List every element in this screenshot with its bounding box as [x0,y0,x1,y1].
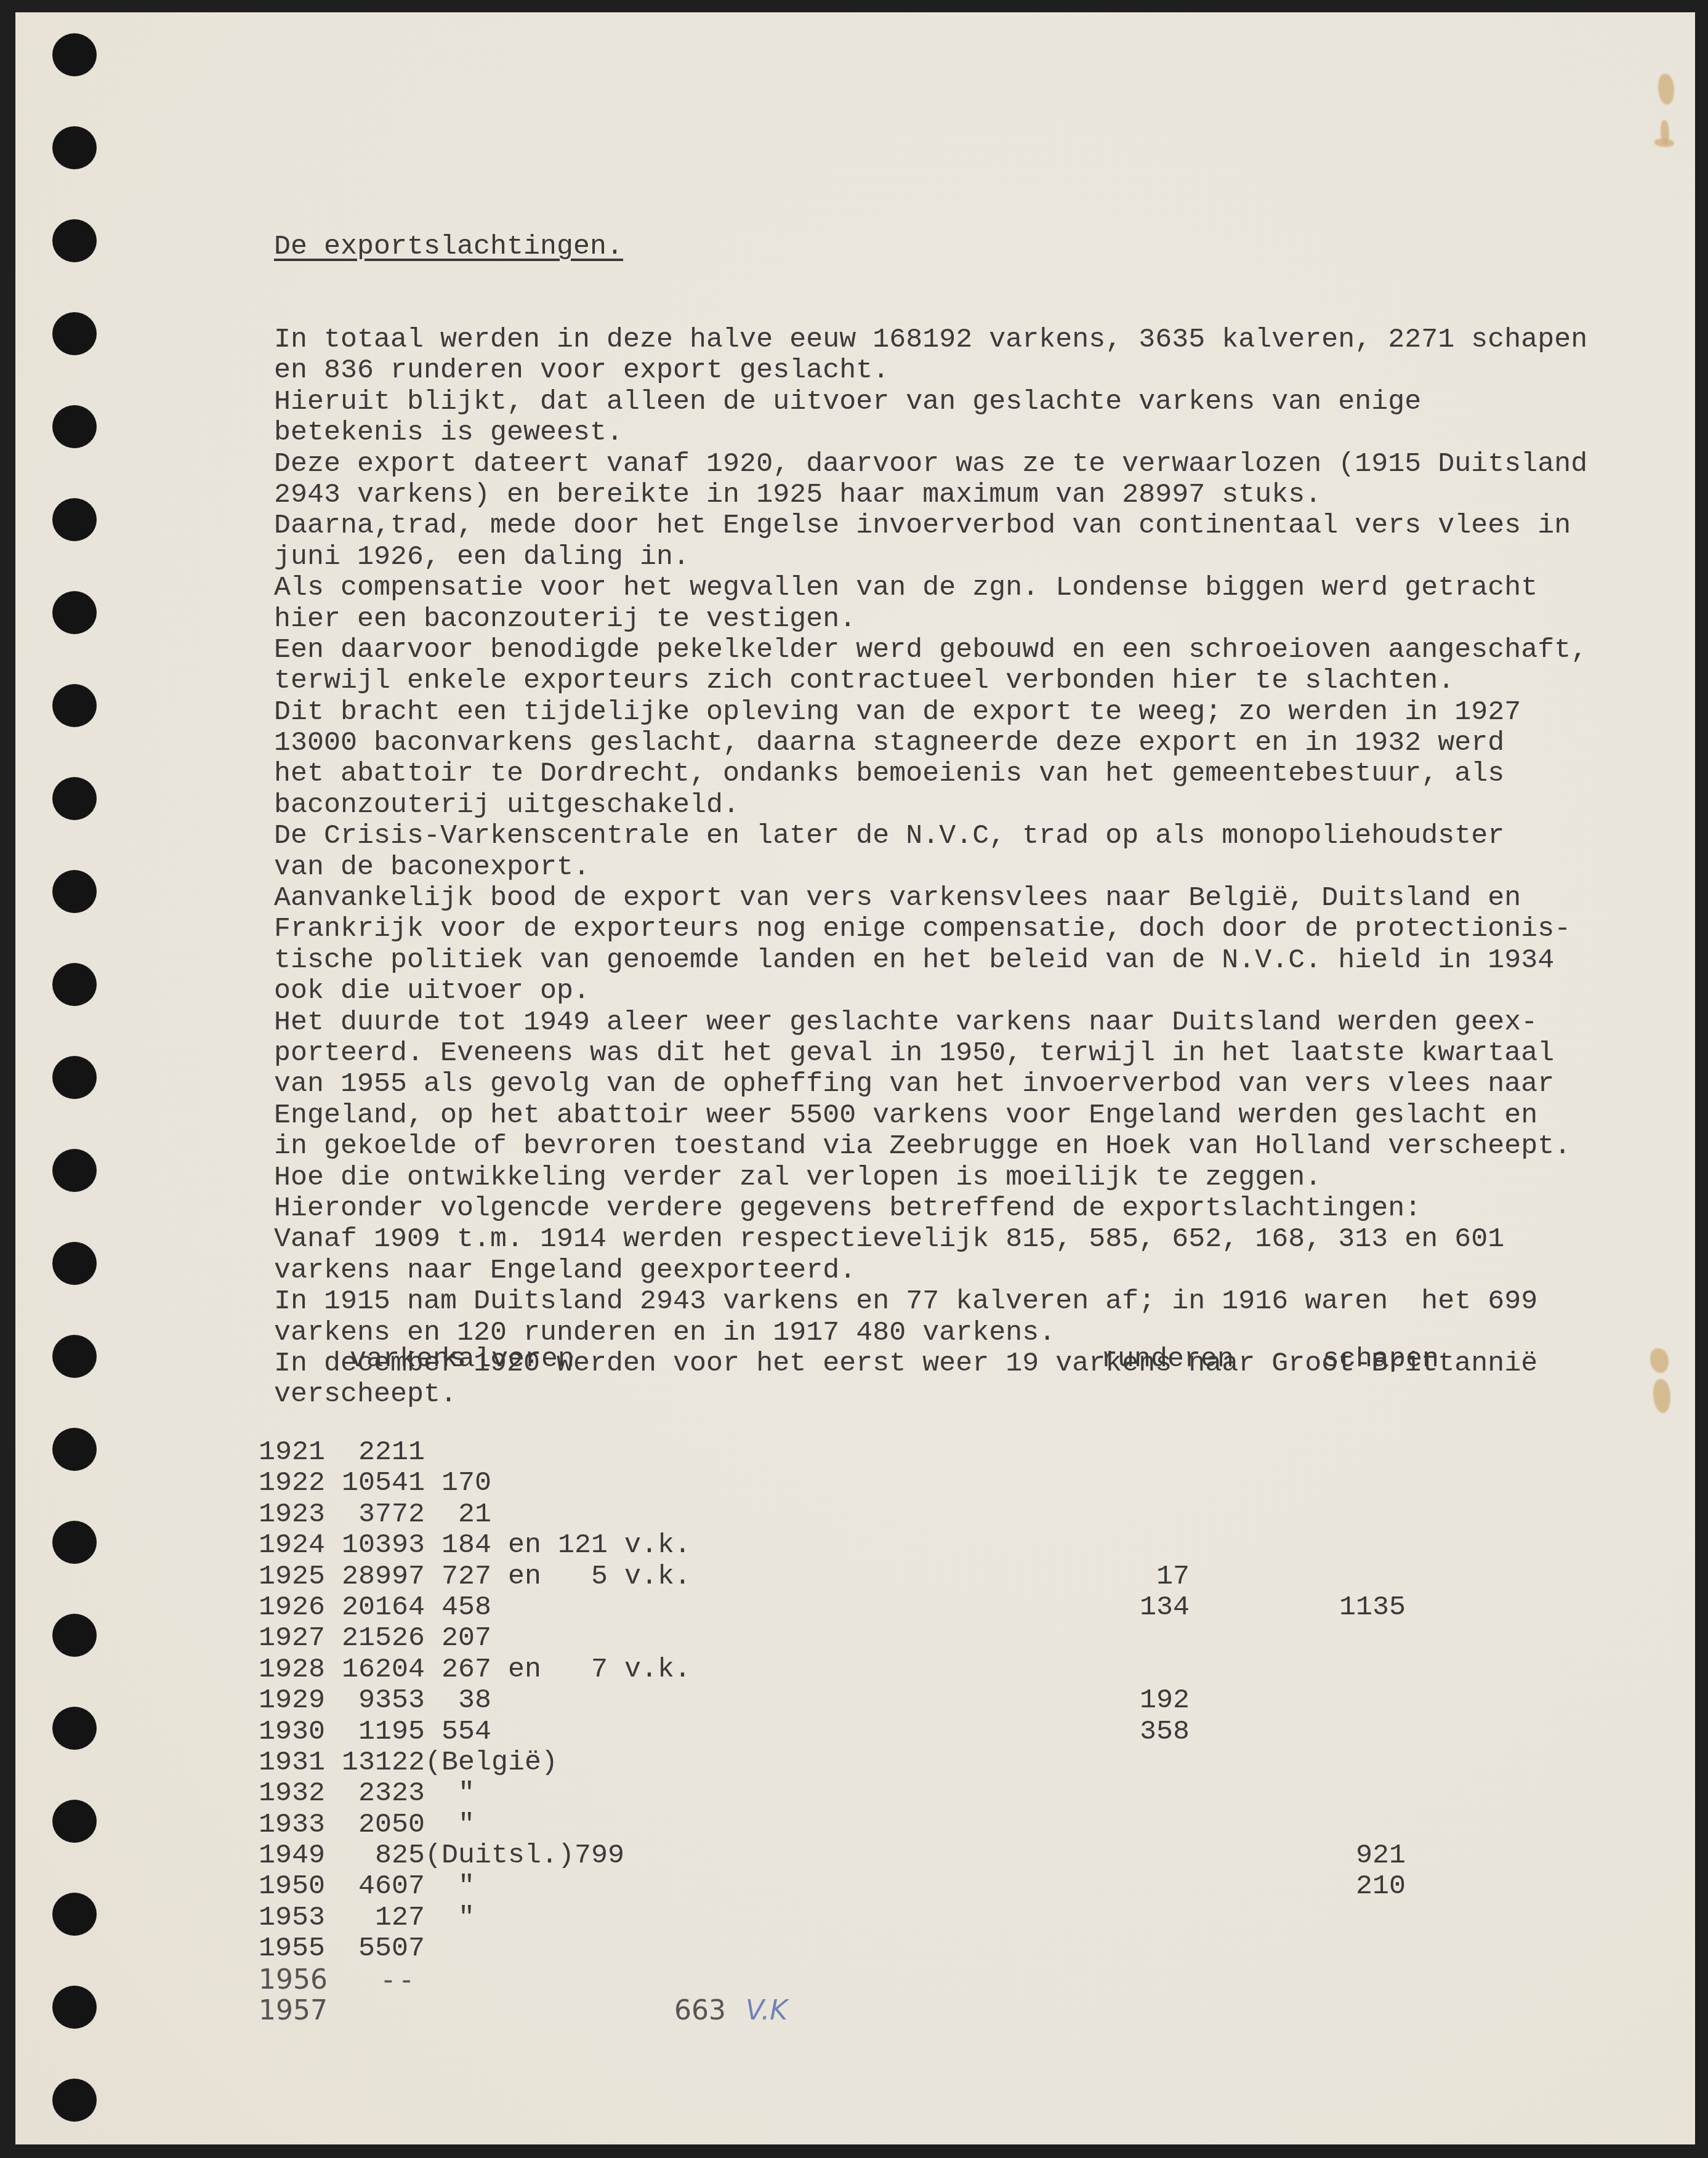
punch-hole [52,2079,97,2122]
punch-hole [52,219,97,262]
body-line: terwijl enkele exporteurs zich contractu… [274,666,1587,696]
cell-year: 1926 [259,1592,325,1623]
cell-kalveren: 207 [441,1623,491,1654]
cell-kalveren-note: V.K [746,1995,788,2026]
cell-kalveren: 799 [574,1840,624,1871]
body-line: Daarna,trad, mede door het Engelse invoe… [274,510,1587,541]
stain-top-right-base [1654,139,1674,147]
cell-kalveren-note: en 5 v.k. [508,1561,691,1592]
punch-hole [52,1056,97,1099]
document-title: De exportslachtingen. [274,232,1587,262]
table-body: 1921221119221054117019233772211924103931… [259,1437,325,2026]
header-schapen: schapen [1323,1344,1439,1375]
cell-year: 1930 [259,1717,325,1747]
cell-varkens: - - [384,1965,412,1995]
cell-kalveren-note: en 7 v.k. [508,1654,691,1685]
body-line: Hoe die ontwikkeling verder zal verlopen… [274,1162,1587,1193]
cell-kalveren: 663 [674,1995,726,2026]
punch-hole [52,126,97,169]
cell-year: 1955 [259,1933,325,1964]
cell-varkens: 2211 [358,1437,425,1468]
table-row: 1953127 " [259,1902,325,1933]
table-row-handwritten: 1956- - [259,1965,325,1995]
cell-kalveren: 727 [441,1561,491,1592]
cell-kalveren: 458 [441,1592,491,1623]
table-row: 19555507 [259,1933,325,1964]
cell-year: 1928 [259,1654,325,1685]
body-line: van de baconexport. [274,852,1587,883]
body-line: Het duurde tot 1949 aleer weer geslachte… [274,1007,1587,1038]
cell-schapen: 1135 [1339,1592,1406,1623]
table-row: 192721526207 [259,1623,325,1654]
cell-varkens: 825 [375,1840,425,1871]
header-kalveren: kalveren [441,1344,574,1375]
cell-varkens: 20164 [342,1592,425,1623]
body-paragraphs: In totaal werden in deze halve eeuw 1681… [274,324,1587,1411]
cell-runderen: 358 [1140,1717,1190,1747]
table-row: 192410393184en 121 v.k. [259,1530,325,1561]
body-line: baconzouterij uitgeschakeld. [274,790,1587,821]
header-runderen: runderen [1101,1344,1234,1375]
body-line: in gekoelde of bevroren toestand via Zee… [274,1131,1587,1162]
cell-varkens: 127 [375,1902,425,1933]
body-line: Als compensatie voor het wegvallen van d… [274,573,1587,603]
table-row: 1929935338192 [259,1685,325,1716]
body-line: Aanvankelijk bood de export van vers var… [274,883,1587,914]
cell-varkens: 13122 [342,1747,425,1778]
cell-schapen: 921 [1356,1840,1406,1871]
body-line: In 1915 nam Duitsland 2943 varkens en 77… [274,1286,1587,1317]
body-line: tische politiek van genoemde landen en h… [274,945,1587,976]
cell-year: 1924 [259,1530,325,1561]
stain-right-middle [1650,1348,1669,1373]
cell-kalveren: 21 [458,1499,491,1530]
cell-varkens: 28997 [342,1561,425,1592]
body-line: Engeland, op het abattoir weer 5500 vark… [274,1100,1587,1131]
cell-varkens: 21526 [342,1623,425,1654]
punch-hole [52,1986,97,2029]
cell-varkens-note: " [425,1902,475,1933]
body-line: Hieruit blijkt, dat alleen de uitvoer va… [274,387,1587,417]
punch-hole [52,870,97,913]
cell-year: 1921 [259,1437,325,1468]
cell-varkens-note: " [425,1871,475,1902]
cell-varkens: 4607 [358,1871,425,1902]
cell-varkens: 3772 [358,1499,425,1530]
table-row: 192816204267en 7 v.k. [259,1654,325,1685]
table-row: 1926201644581341135 [259,1592,325,1623]
cell-year: 1956 [259,1965,328,1995]
body-line: het abattoir te Dordrecht, ondanks bemoe… [274,759,1587,789]
cell-year: 1950 [259,1871,325,1902]
punch-hole [52,405,97,448]
table-row: 1923377221 [259,1499,325,1530]
cell-year: 1949 [259,1840,325,1871]
cell-year: 1933 [259,1810,325,1840]
punch-hole [52,1707,97,1750]
cell-year: 1953 [259,1902,325,1933]
body-line: 2943 varkens) en bereikte in 1925 haar m… [274,480,1587,510]
cell-year: 1927 [259,1623,325,1654]
punch-hole [52,1149,97,1192]
body-line: ook die uitvoer op. [274,976,1587,1007]
cell-kalveren: 38 [458,1685,491,1716]
cell-year: 1922 [259,1468,325,1499]
cell-year: 1929 [259,1685,325,1716]
body-line: Hieronder volgencde verdere gegevens bet… [274,1193,1587,1224]
cell-varkens: 10393 [342,1530,425,1561]
body-line: porteerd. Eveneens was dit het geval in … [274,1038,1587,1069]
cell-kalveren-note: en 121 v.k. [508,1530,691,1561]
cell-year: 1957 [259,1995,328,2026]
cell-varkens: 1195 [358,1717,425,1747]
body-line: De Crisis-Varkenscentrale en later de N.… [274,821,1587,852]
document-body: De exportslachtingen. In totaal werden i… [274,169,1587,1473]
cell-varkens-note: (België) [425,1747,558,1778]
stain-top-right [1658,74,1674,105]
table-row: 19212211 [259,1437,325,1468]
stain-right-middle-tail [1653,1379,1670,1413]
cell-varkens-note: " [425,1778,475,1809]
cell-varkens: 2050 [358,1810,425,1840]
punch-hole [52,33,97,76]
punch-hole [52,591,97,634]
punch-hole [52,1521,97,1564]
cell-year: 1925 [259,1561,325,1592]
body-line: Een daarvoor benodigde pekelkelder werd … [274,635,1587,666]
body-line: 13000 baconvarkens geslacht, daarna stag… [274,728,1587,759]
punch-hole [52,777,97,820]
cell-schapen: 210 [1356,1871,1406,1902]
cell-runderen: 192 [1140,1685,1190,1716]
body-line: hier een baconzouterij te vestigen. [274,604,1587,635]
body-line: betekenis is geweest. [274,417,1587,448]
cell-runderen: 134 [1140,1592,1190,1623]
cell-year: 1923 [259,1499,325,1530]
cell-varkens: 10541 [342,1468,425,1499]
body-line: Dit bracht een tijdelijke opleving van d… [274,697,1587,728]
cell-kalveren: 184 [441,1530,491,1561]
cell-varkens: 16204 [342,1654,425,1685]
cell-kalveren: 170 [441,1468,491,1499]
body-line: Deze export dateert vanaf 1920, daarvoor… [274,449,1587,480]
cell-year: 1931 [259,1747,325,1778]
table-row: 193113122(België) [259,1747,325,1778]
table-row: 1949825(Duitsl.)799921 [259,1840,325,1871]
punch-hole [52,1893,97,1936]
cell-varkens: 2323 [358,1778,425,1809]
body-line: van 1955 als gevolg van de opheffing van… [274,1069,1587,1100]
body-line: verscheept. [274,1379,1587,1410]
punch-hole [52,312,97,355]
table-header-row: varkens kalveren runderen schapen [259,1344,325,1375]
table-row: 19332050 " [259,1810,325,1840]
body-line: Frankrijk voor de exporteurs nog enige c… [274,914,1587,944]
export-table: varkens kalveren runderen schapen 192122… [259,1282,325,2058]
body-line: varkens naar Engeland geexporteerd. [274,1255,1587,1286]
cell-runderen: 17 [1156,1561,1190,1592]
cell-varkens: 5507 [358,1933,425,1964]
punch-hole [52,1800,97,1843]
punch-hole [52,1428,97,1471]
table-row: 19504607 "210 [259,1871,325,1902]
cell-year: 1932 [259,1778,325,1809]
body-line: en 836 runderen voor export geslacht. [274,355,1587,386]
punch-hole [52,1335,97,1378]
punch-hole [52,1242,97,1285]
body-line: Vanaf 1909 t.m. 1914 werden respectievel… [274,1224,1587,1255]
table-row: 192528997727en 5 v.k.17 [259,1561,325,1592]
cell-varkens: 9353 [358,1685,425,1716]
cell-varkens-note: " [425,1810,475,1840]
punch-hole [52,498,97,541]
cell-kalveren: 554 [441,1717,491,1747]
table-row: 192210541170 [259,1468,325,1499]
punch-hole [52,684,97,727]
punch-hole [52,963,97,1006]
table-row: 19322323 " [259,1778,325,1809]
body-line: In totaal werden in deze halve eeuw 1681… [274,324,1587,355]
table-row: 19301195554358 [259,1717,325,1747]
table-row-handwritten: 1957663V.K [259,1995,325,2026]
cell-kalveren: 267 [441,1654,491,1685]
punch-hole [52,1614,97,1657]
cell-varkens-note: (Duitsl.) [425,1840,574,1871]
body-line: juni 1926, een daling in. [274,542,1587,573]
